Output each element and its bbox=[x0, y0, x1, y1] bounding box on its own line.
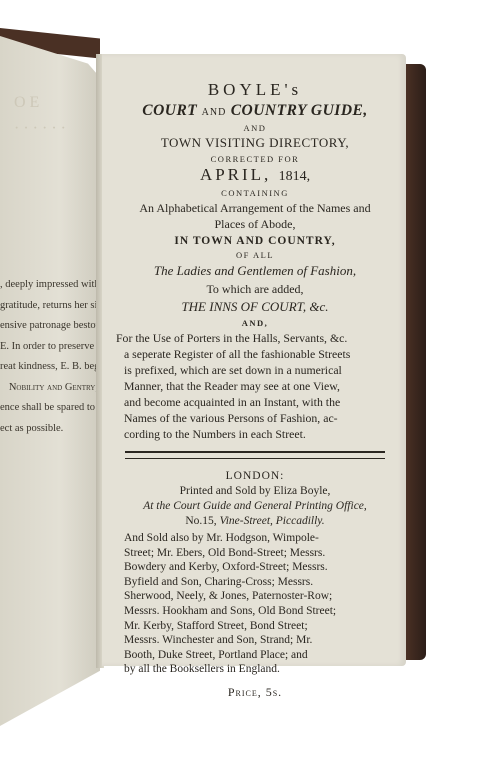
left-line: , deeply impressed with the bbox=[0, 275, 98, 296]
left-line: Nobility and Gentry, bbox=[0, 378, 98, 399]
corrected-for: CORRECTED FOR bbox=[124, 154, 386, 164]
description-line: Places of Abode, bbox=[124, 216, 386, 232]
edition-date: APRIL, 1814, bbox=[124, 165, 386, 185]
sellers-line: Byfield and Son, Charing-Cross; Messrs. bbox=[124, 575, 386, 590]
paragraph-line: Names of the various Persons of Fashion,… bbox=[124, 410, 386, 426]
edition-month: APRIL, bbox=[200, 165, 271, 184]
paragraph-line: For the Use of Porters in the Halls, Ser… bbox=[124, 330, 386, 346]
book-title: COURT AND COUNTRY GUIDE, bbox=[124, 102, 386, 120]
edition-year: 1814, bbox=[279, 169, 311, 184]
description-line: To which are added, bbox=[124, 281, 386, 297]
conjunction: AND, bbox=[124, 318, 386, 328]
left-line: E. In order to preserve a bbox=[0, 337, 98, 358]
left-line: ect as possible. bbox=[0, 419, 98, 440]
sellers-line: by all the Booksellers in England. bbox=[124, 662, 386, 677]
of-all: OF ALL bbox=[124, 250, 386, 260]
imprint-city: LONDON: bbox=[124, 469, 386, 484]
containing: CONTAINING bbox=[124, 188, 386, 198]
sellers-line: Mr. Kerby, Stafford Street, Bond Street; bbox=[124, 619, 386, 634]
subtitle: TOWN VISITING DIRECTORY, bbox=[124, 135, 386, 151]
description-heading: IN TOWN AND COUNTRY, bbox=[124, 235, 386, 247]
sellers-line: Bowdery and Kerby, Oxford-Street; Messrs… bbox=[124, 560, 386, 575]
imprint-office: At the Court Guide and General Printing … bbox=[124, 499, 386, 514]
title-page-content: BOYLE's COURT AND COUNTRY GUIDE, AND TOW… bbox=[124, 80, 386, 700]
title-page: BOYLE's COURT AND COUNTRY GUIDE, AND TOW… bbox=[102, 54, 406, 666]
description-line: An Alphabetical Arrangement of the Names… bbox=[124, 200, 386, 216]
left-line: ence shall be spared to en- bbox=[0, 398, 98, 419]
imprint: LONDON: Printed and Sold by Eliza Boyle,… bbox=[124, 469, 386, 529]
sellers-line: And Sold also by Mr. Hodgson, Wimpole- bbox=[124, 531, 386, 546]
publisher-name: BOYLE's bbox=[124, 80, 386, 100]
double-rule-divider bbox=[125, 451, 385, 459]
paragraph-line: Manner, that the Reader may see at one V… bbox=[124, 378, 386, 394]
sellers-line: Messrs. Hookham and Sons, Old Bond Stree… bbox=[124, 604, 386, 619]
title-part: AND bbox=[202, 107, 227, 118]
paragraph-line: a seperate Register of all the fashionab… bbox=[124, 346, 386, 362]
sellers-line: Sherwood, Neely, & Jones, Paternoster-Ro… bbox=[124, 589, 386, 604]
sellers-paragraph: And Sold also by Mr. Hodgson, Wimpole- S… bbox=[124, 531, 386, 677]
left-line: gratitude, returns her sin- bbox=[0, 296, 98, 317]
left-page-showthrough: OE······ bbox=[14, 90, 94, 142]
address-street: Vine-Street, Piccadilly. bbox=[220, 515, 325, 527]
sellers-line: Messrs. Winchester and Son, Strand; Mr. bbox=[124, 633, 386, 648]
description-italic: THE INNS OF COURT, &c. bbox=[124, 299, 386, 315]
imprint-printer: Printed and Sold by Eliza Boyle, bbox=[124, 484, 386, 499]
title-part: COURT bbox=[142, 102, 197, 119]
paragraph-line: is prefixed, which are set down in a num… bbox=[124, 362, 386, 378]
paragraph-line: cording to the Numbers in each Street. bbox=[124, 426, 386, 442]
price: Price, 5s. bbox=[124, 685, 386, 700]
sellers-line: Street; Mr. Ebers, Old Bond-Street; Mess… bbox=[124, 546, 386, 561]
title-part: COUNTRY GUIDE, bbox=[231, 102, 368, 119]
porters-paragraph: For the Use of Porters in the Halls, Ser… bbox=[124, 330, 386, 442]
paragraph-line: and become acquainted in an Instant, wit… bbox=[124, 394, 386, 410]
imprint-address: No.15, Vine-Street, Piccadilly. bbox=[124, 514, 386, 529]
left-line: reat kindness, E. B. begs bbox=[0, 357, 98, 378]
left-page-text: , deeply impressed with the gratitude, r… bbox=[0, 275, 98, 439]
description-italic: The Ladies and Gentlemen of Fashion, bbox=[124, 263, 386, 279]
sellers-line: Booth, Duke Street, Portland Place; and bbox=[124, 648, 386, 663]
conjunction: AND bbox=[124, 123, 386, 133]
left-line: ensive patronage bestowed bbox=[0, 316, 98, 337]
address-number: No.15, bbox=[185, 515, 216, 527]
